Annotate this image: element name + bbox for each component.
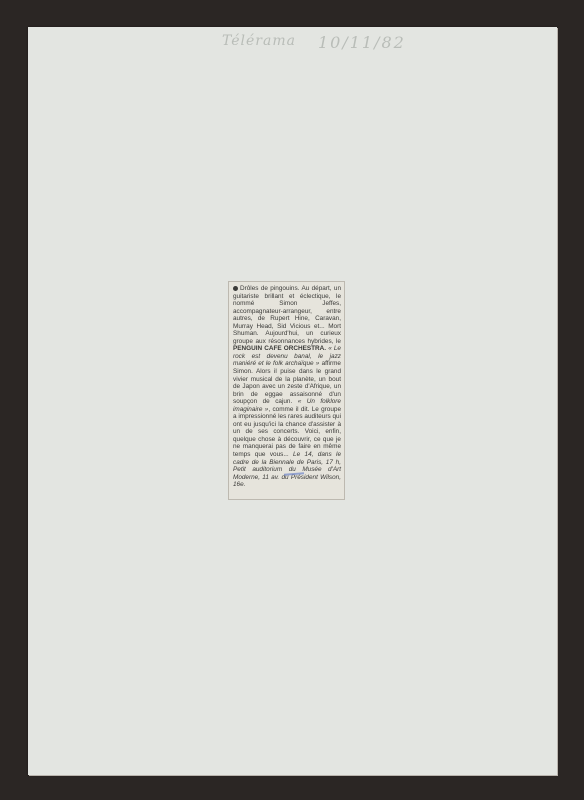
newspaper-clipping: Drôles de pingouins. Au départ, un guita… — [228, 281, 345, 500]
handwritten-source: Télérama — [222, 33, 296, 49]
bullet-icon — [233, 286, 238, 291]
handwritten-date: 10/11/82 — [318, 33, 406, 52]
band-name: PENGUIN CAFE ORCHESTRA. — [233, 345, 326, 352]
paper-sheet: Télérama 10/11/82 Drôles de pingouins. A… — [28, 27, 557, 775]
clipping-intro: Drôles de pingouins. Au départ, un guita… — [233, 285, 341, 345]
